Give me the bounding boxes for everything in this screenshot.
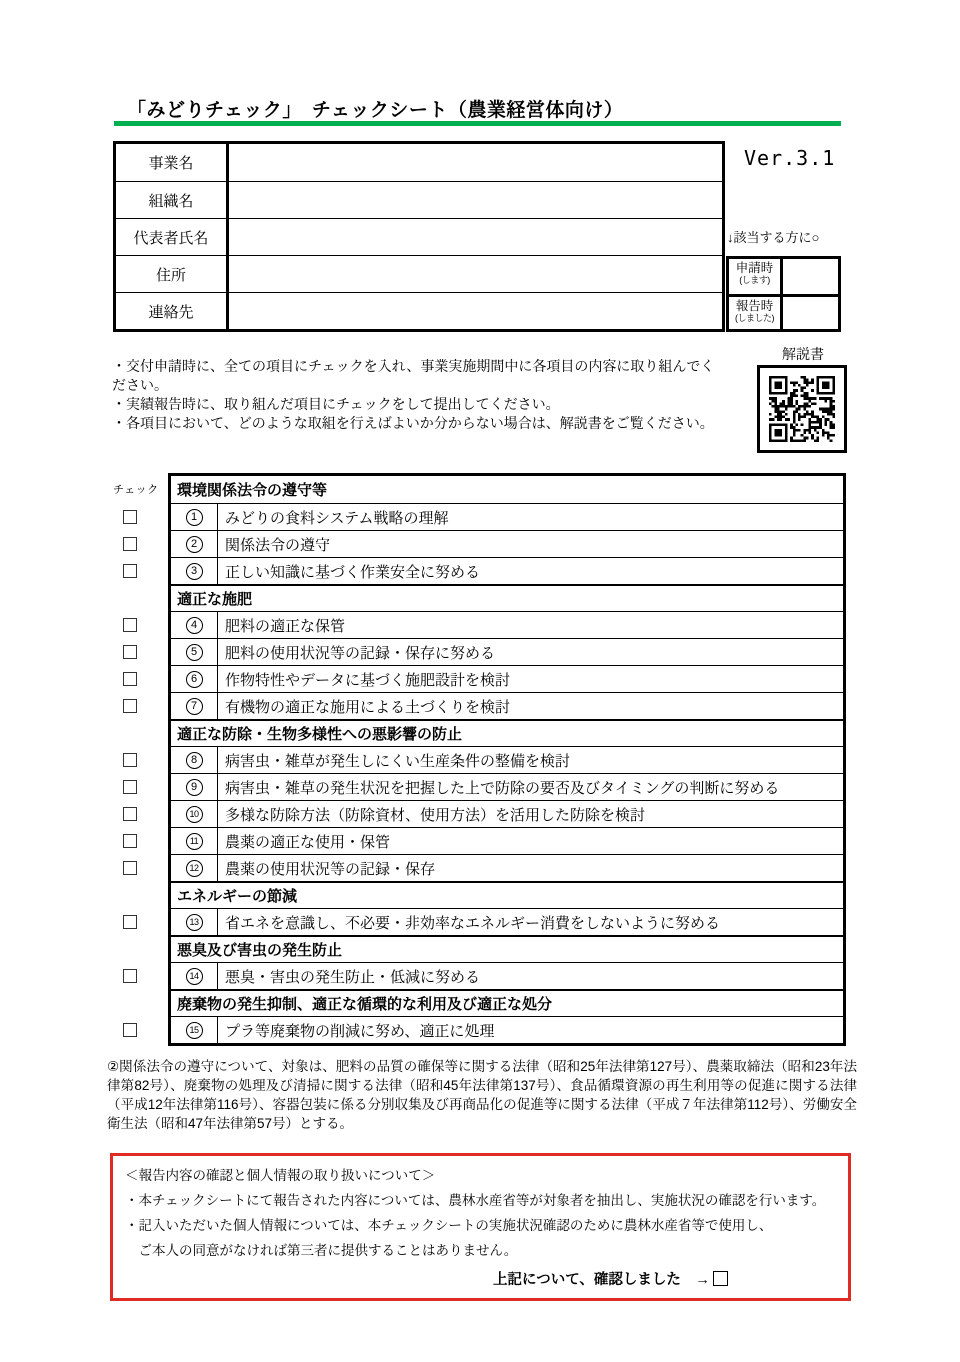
item-checkbox[interactable] (123, 645, 137, 659)
checkbox-cell (112, 719, 168, 746)
checklist-item-row: 2関係法令の遵守 (171, 530, 843, 557)
item-number-cell: 3 (171, 558, 218, 584)
info-field-address[interactable] (229, 256, 722, 292)
checkbox-cell (112, 665, 168, 692)
circled-number-icon: 6 (186, 671, 203, 688)
item-checkbox[interactable] (123, 834, 137, 848)
checkbox-cell (112, 881, 168, 908)
checklist-item-row: 9病害虫・雑草の発生状況を把握した上で防除の要否及びタイミングの判断に努める (171, 773, 843, 800)
circled-number-icon: 15 (186, 1022, 203, 1039)
version-label: Ver.3.1 (744, 146, 835, 170)
checklist-item-text: 肥料の使用状況等の記録・保存に努める (218, 639, 843, 665)
checklist-section-header: 環境関係法令の遵守等 (171, 476, 843, 503)
checklist-item-text: プラ等廃棄物の削減に努め、適正に処理 (218, 1017, 843, 1043)
item-checkbox[interactable] (123, 618, 137, 632)
item-number-cell: 14 (171, 963, 218, 989)
item-checkbox[interactable] (123, 699, 137, 713)
field-label: 組織名 (116, 182, 229, 218)
qr-code-frame (757, 365, 847, 453)
checklist-item-row: 14悪臭・害虫の発生防止・低減に努める (171, 962, 843, 989)
table-row: 連絡先 (116, 292, 722, 329)
circled-number-icon: 14 (186, 968, 203, 985)
item-checkbox[interactable] (123, 969, 137, 983)
privacy-line: ご本人の同意がなければ第三者に提供することはありません。 (125, 1243, 836, 1259)
checkbox-cell (112, 638, 168, 665)
checkbox-cell (112, 935, 168, 962)
privacy-notice-box: ＜報告内容の確認と個人情報の取り扱いについて＞ ・本チェックシートにて報告された… (110, 1153, 851, 1301)
timing-mark-cell-report[interactable] (783, 297, 838, 329)
title-underline (114, 121, 841, 126)
checkbox-column: チェック (112, 473, 168, 1046)
checkbox-cell (112, 611, 168, 638)
checkbox-cell (112, 1016, 168, 1043)
checklist-item-text: 農薬の使用状況等の記録・保存 (218, 855, 843, 881)
checklist-item-text: 肥料の適正な保管 (218, 612, 843, 638)
page-title: 「みどりチェック」 チェックシート（農業経営体向け） (127, 95, 623, 122)
item-checkbox[interactable] (123, 672, 137, 686)
circled-number-icon: 1 (186, 509, 203, 526)
checklist-section-header: エネルギーの節減 (171, 881, 843, 908)
checklist-item-row: 10多様な防除方法（防除資材、使用方法）を活用した防除を検討 (171, 800, 843, 827)
table-row: 申請時 (します) (729, 259, 838, 294)
qr-code-icon (769, 376, 835, 442)
table-row: 組織名 (116, 181, 722, 218)
item-number-cell: 4 (171, 612, 218, 638)
checklist-item-row: 1みどりの食料システム戦略の理解 (171, 503, 843, 530)
checklist-item-row: 6作物特性やデータに基づく施肥設計を検討 (171, 665, 843, 692)
document-page: 「みどりチェック」 チェックシート（農業経営体向け） Ver.3.1 事業名 組… (0, 0, 960, 1362)
field-label: 連絡先 (116, 293, 229, 329)
checklist-item-text: 有機物の適正な施用による土づくりを検討 (218, 693, 843, 719)
checklist-item-row: 3正しい知識に基づく作業安全に努める (171, 557, 843, 584)
table-row: 報告時 (しました) (729, 294, 838, 329)
info-field-contact[interactable] (229, 293, 722, 329)
instruction-line: ・交付申請時に、全ての項目にチェックを入れ、事業実施期間中に各項目の内容に取り組… (112, 357, 716, 395)
item-number-cell: 7 (171, 693, 218, 719)
checkbox-cell (112, 827, 168, 854)
circled-number-icon: 8 (186, 752, 203, 769)
circled-number-icon: 13 (186, 914, 203, 931)
checkbox-cell (112, 503, 168, 530)
instruction-line: ・各項目において、どのような取組を行えばよいか分からない場合は、解説書をご覧くだ… (112, 414, 716, 433)
table-row: 代表者氏名 (116, 218, 722, 255)
checkbox-cell (112, 800, 168, 827)
field-label: 住所 (116, 256, 229, 292)
checklist-table: 環境関係法令の遵守等1みどりの食料システム戦略の理解2関係法令の遵守3正しい知識… (168, 473, 846, 1046)
circled-number-icon: 9 (186, 779, 203, 796)
item-checkbox[interactable] (123, 780, 137, 794)
item-checkbox[interactable] (123, 564, 137, 578)
circled-number-icon: 10 (186, 806, 203, 823)
checklist-item-row: 15プラ等廃棄物の削減に努め、適正に処理 (171, 1016, 843, 1043)
check-column-header: チェック (113, 481, 159, 497)
field-label: 事業名 (116, 144, 229, 181)
checkbox-cell (112, 557, 168, 584)
circled-number-icon: 12 (186, 860, 203, 877)
checklist-item-row: 5肥料の使用状況等の記録・保存に努める (171, 638, 843, 665)
info-field-representative-name[interactable] (229, 219, 722, 255)
instruction-line: ・実績報告時に、取り組んだ項目にチェックをして提出してください。 (112, 395, 716, 414)
confirm-checkbox[interactable] (713, 1271, 728, 1286)
item-checkbox[interactable] (123, 807, 137, 821)
checklist-section-header: 適正な防除・生物多様性への悪影響の防止 (171, 719, 843, 746)
checklist-item-row: 12農薬の使用状況等の記録・保存 (171, 854, 843, 881)
checklist-section-header: 廃棄物の発生抑制、適正な循環的な利用及び適正な処分 (171, 989, 843, 1016)
checkbox-cell (112, 773, 168, 800)
item-checkbox[interactable] (123, 510, 137, 524)
item-number-cell: 13 (171, 909, 218, 935)
item-checkbox[interactable] (123, 1023, 137, 1037)
applicable-note: ↓該当する方に○ (727, 227, 819, 246)
info-field-business-name[interactable] (229, 144, 722, 181)
table-row: 住所 (116, 255, 722, 292)
checklist-item-text: 正しい知識に基づく作業安全に努める (218, 558, 843, 584)
footnote: ②関係法令の遵守について、対象は、肥料の品質の確保等に関する法律（昭和25年法律… (107, 1057, 857, 1133)
privacy-line: ・記入いただいた個人情報については、本チェックシートの実施状況確認のために農林水… (125, 1218, 836, 1234)
item-number-cell: 9 (171, 774, 218, 800)
checkbox-cell (112, 530, 168, 557)
applicant-info-table: 事業名 組織名 代表者氏名 住所 連絡先 (113, 141, 725, 332)
checklist-section-header: 適正な施肥 (171, 584, 843, 611)
checklist-item-row: 8病害虫・雑草が発生しにくい生産条件の整備を検討 (171, 746, 843, 773)
checklist-item-text: 省エネを意識し、不必要・非効率なエネルギー消費をしないように努める (218, 909, 843, 935)
timing-mark-cell-apply[interactable] (783, 259, 838, 294)
checklist-item-text: 作物特性やデータに基づく施肥設計を検討 (218, 666, 843, 692)
item-number-cell: 8 (171, 747, 218, 773)
info-field-organization-name[interactable] (229, 182, 722, 218)
item-number-cell: 12 (171, 855, 218, 881)
timing-table: 申請時 (します) 報告時 (しました) (726, 256, 841, 332)
item-number-cell: 6 (171, 666, 218, 692)
checklist-item-row: 11農薬の適正な使用・保管 (171, 827, 843, 854)
checklist-item-text: みどりの食料システム戦略の理解 (218, 504, 843, 530)
item-checkbox[interactable] (123, 753, 137, 767)
item-checkbox[interactable] (123, 915, 137, 929)
field-label: 代表者氏名 (116, 219, 229, 255)
item-number-cell: 5 (171, 639, 218, 665)
checkbox-cell (112, 989, 168, 1016)
checklist-item-text: 病害虫・雑草の発生状況を把握した上で防除の要否及びタイミングの判断に努める (218, 774, 843, 800)
checklist-item-text: 悪臭・害虫の発生防止・低減に努める (218, 963, 843, 989)
confirm-label: 上記について、確認しました → (493, 1268, 710, 1289)
instructions: ・交付申請時に、全ての項目にチェックを入れ、事業実施期間中に各項目の内容に取り組… (112, 357, 716, 433)
item-checkbox[interactable] (123, 537, 137, 551)
checkbox-cell (112, 692, 168, 719)
checklist-section-header: 悪臭及び害虫の発生防止 (171, 935, 843, 962)
checklist-item-row: 13省エネを意識し、不必要・非効率なエネルギー消費をしないように努める (171, 908, 843, 935)
checklist-item-text: 多様な防除方法（防除資材、使用方法）を活用した防除を検討 (218, 801, 843, 827)
circled-number-icon: 5 (186, 644, 203, 661)
circled-number-icon: 7 (186, 698, 203, 715)
checklist-item-text: 農薬の適正な使用・保管 (218, 828, 843, 854)
checkbox-cell (112, 746, 168, 773)
checklist-item-row: 4肥料の適正な保管 (171, 611, 843, 638)
item-number-cell: 1 (171, 504, 218, 530)
checklist-item-text: 関係法令の遵守 (218, 531, 843, 557)
circled-number-icon: 4 (186, 617, 203, 634)
checkbox-cell (112, 854, 168, 881)
item-number-cell: 2 (171, 531, 218, 557)
checklist-item-text: 病害虫・雑草が発生しにくい生産条件の整備を検討 (218, 747, 843, 773)
circled-number-icon: 2 (186, 536, 203, 553)
manual-label: 解説書 (757, 344, 849, 364)
timing-label-report: 報告時 (しました) (729, 297, 783, 329)
checklist-item-row: 7有機物の適正な施用による土づくりを検討 (171, 692, 843, 719)
timing-label-apply: 申請時 (します) (729, 259, 783, 294)
circled-number-icon: 3 (186, 563, 203, 580)
circled-number-icon: 11 (186, 833, 203, 850)
privacy-line: ・本チェックシートにて報告された内容については、農林水産省等が対象者を抽出し、実… (125, 1193, 836, 1209)
confirm-row: 上記について、確認しました → (125, 1268, 836, 1289)
checkbox-cell (112, 962, 168, 989)
item-number-cell: 10 (171, 801, 218, 827)
item-checkbox[interactable] (123, 861, 137, 875)
table-row: 事業名 (116, 144, 722, 181)
item-number-cell: 11 (171, 828, 218, 854)
checklist: チェック 環境関係法令の遵守等1みどりの食料システム戦略の理解2関係法令の遵守3… (112, 473, 846, 1046)
checkbox-cell (112, 908, 168, 935)
item-number-cell: 15 (171, 1017, 218, 1043)
checkbox-cell (112, 584, 168, 611)
privacy-title: ＜報告内容の確認と個人情報の取り扱いについて＞ (125, 1164, 836, 1184)
